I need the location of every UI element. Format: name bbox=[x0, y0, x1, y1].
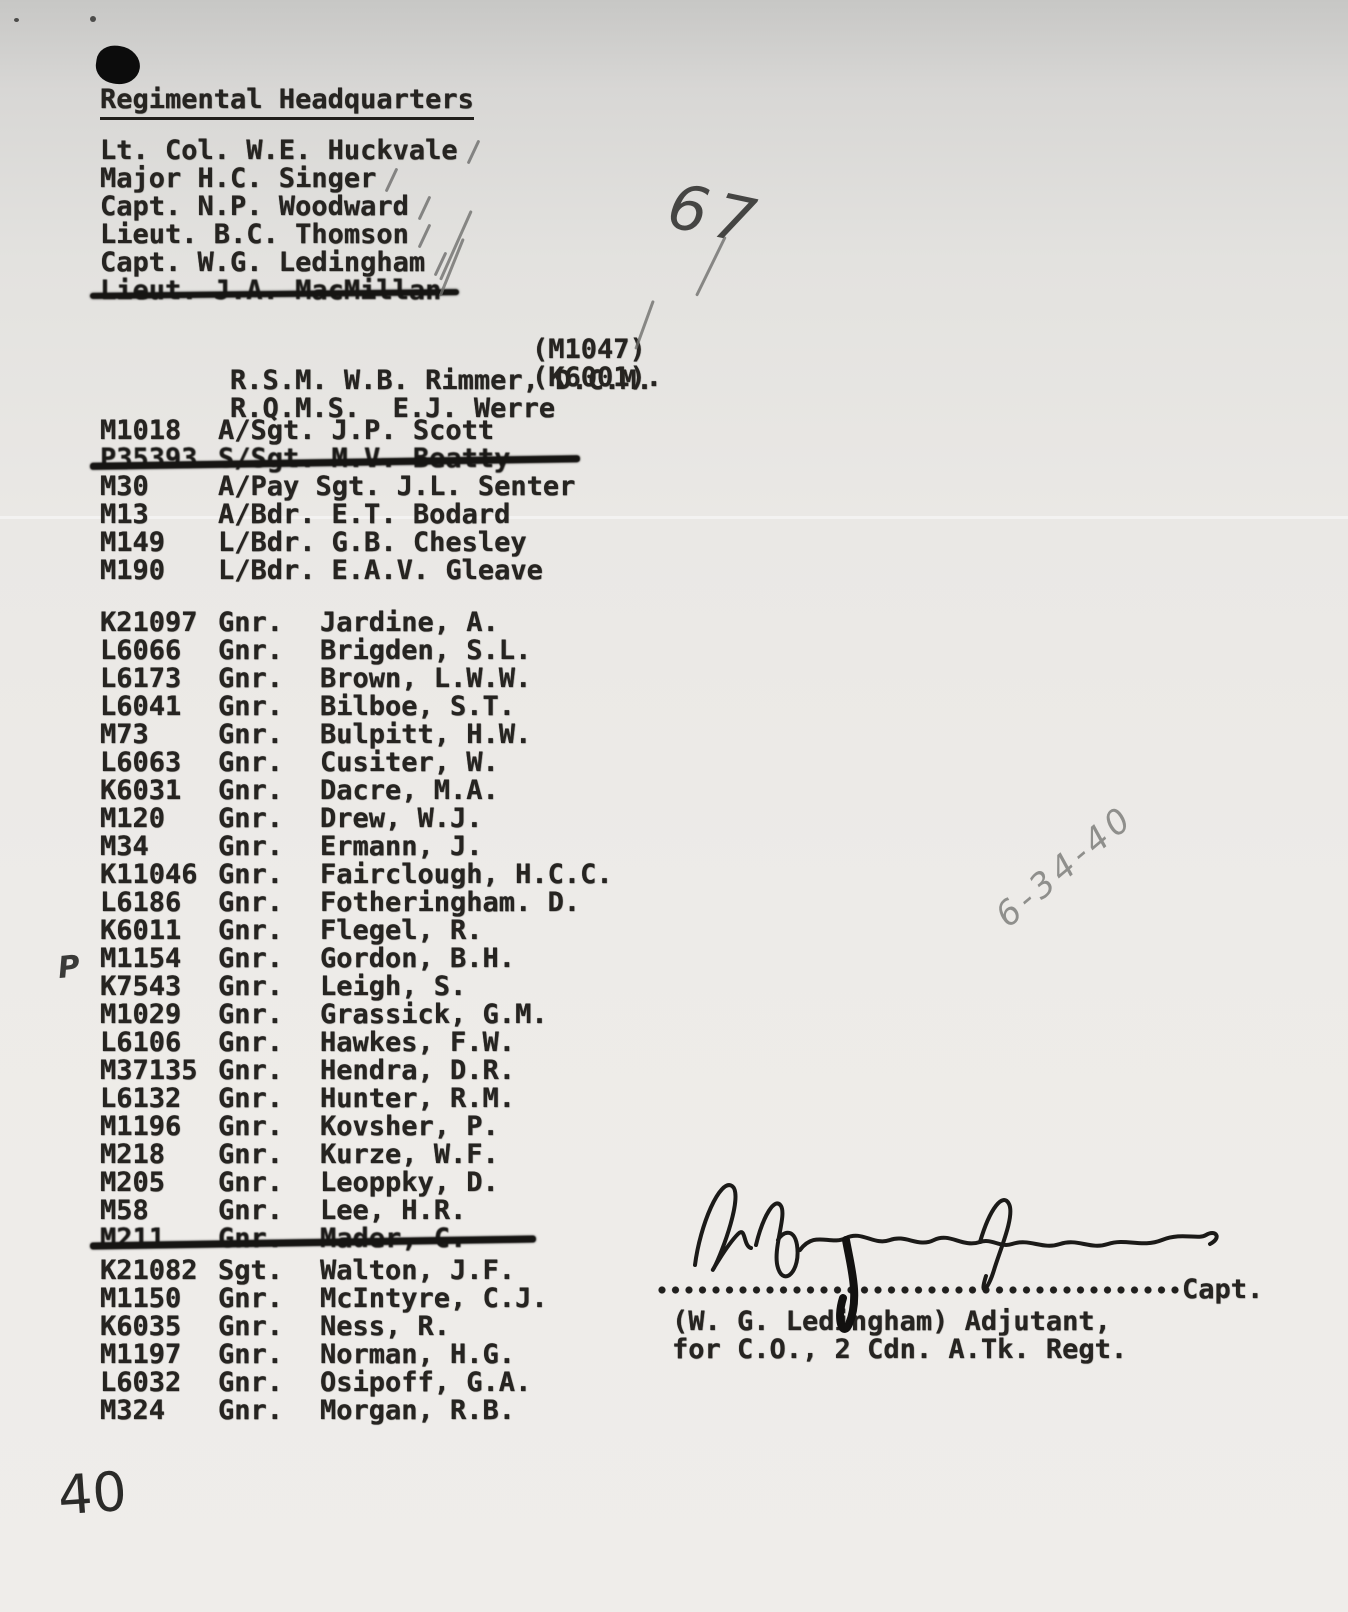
list-item: R.S.M. W.B. Rimmer, D.C.M. (M1047) bbox=[100, 334, 653, 362]
service-number: M205 bbox=[100, 1167, 218, 1198]
service-number: K21097 bbox=[100, 607, 218, 638]
table-row: K6035 Gnr. Ness, R. bbox=[100, 1312, 450, 1340]
soldier-name: G.B. Chesley bbox=[332, 527, 527, 558]
service-number: P35393 bbox=[100, 443, 218, 474]
soldier-name: Brown, L.W.W. bbox=[320, 663, 531, 694]
rank: Gnr. bbox=[218, 1195, 304, 1226]
soldier-name: Norman, H.G. bbox=[320, 1339, 515, 1370]
soldier-name: Drew, W.J. bbox=[320, 803, 483, 834]
service-number: M324 bbox=[100, 1395, 218, 1426]
table-row: L6041 Gnr. Bilboe, S.T. bbox=[100, 692, 515, 720]
rank: Gnr. bbox=[218, 971, 304, 1002]
service-number: M149 bbox=[100, 527, 218, 558]
rank: Gnr. bbox=[218, 887, 304, 918]
soldier-name: Walton, J.F. bbox=[320, 1255, 515, 1286]
service-number: M58 bbox=[100, 1195, 218, 1226]
soldier-name: McIntyre, C.J. bbox=[320, 1283, 548, 1314]
rank: Gnr. bbox=[218, 1167, 304, 1198]
rank: Gnr. bbox=[218, 831, 304, 862]
table-row: K21097 Gnr. Jardine, A. bbox=[100, 608, 499, 636]
table-row: L6063 Gnr. Cusiter, W. bbox=[100, 748, 499, 776]
table-row: L6032 Gnr. Osipoff, G.A. bbox=[100, 1368, 531, 1396]
service-number: M190 bbox=[100, 555, 218, 586]
service-number: K6011 bbox=[100, 915, 218, 946]
service-number: M1154 bbox=[100, 943, 218, 974]
soldier-name: J.P. Scott bbox=[332, 415, 495, 446]
service-number: M1196 bbox=[100, 1111, 218, 1142]
document-page: Regimental Headquarters Lt. Col. W.E. Hu… bbox=[0, 0, 1348, 1612]
rank: Gnr. bbox=[218, 691, 304, 722]
table-row: M205 Gnr. Leoppky, D. bbox=[100, 1168, 499, 1196]
soldier-name: Grassick, G.M. bbox=[320, 999, 548, 1030]
soldier-name: Hunter, R.M. bbox=[320, 1083, 515, 1114]
officer-name: Lieut. J.A. MacMillan bbox=[100, 275, 441, 306]
soldier-name: Dacre, M.A. bbox=[320, 775, 499, 806]
rank: A/Bdr. bbox=[218, 499, 316, 530]
soldier-name: Lee, H.R. bbox=[320, 1195, 466, 1226]
ink-blot bbox=[94, 43, 143, 87]
handwritten-note-diagonal: 6-34-40 bbox=[988, 797, 1142, 935]
service-number: M1150 bbox=[100, 1283, 218, 1314]
service-number: K7543 bbox=[100, 971, 218, 1002]
officer-name: Major H.C. Singer bbox=[100, 163, 376, 194]
rank: Gnr. bbox=[218, 803, 304, 834]
rank: Gnr. bbox=[218, 1139, 304, 1170]
soldier-name: E.A.V. Gleave bbox=[332, 555, 543, 586]
service-number: M1029 bbox=[100, 999, 218, 1030]
soldier-name: Ness, R. bbox=[320, 1311, 450, 1342]
table-row: M324 Gnr. Morgan, R.B. bbox=[100, 1396, 515, 1424]
rank: Gnr. bbox=[218, 747, 304, 778]
rank: A/Sgt. bbox=[218, 415, 316, 446]
table-row: M13 A/Bdr. E.T. Bodard bbox=[100, 500, 510, 528]
service-number: M13 bbox=[100, 499, 218, 530]
rank: Gnr. bbox=[218, 1311, 304, 1342]
service-number: M30 bbox=[100, 471, 218, 502]
rank: S/Sgt. bbox=[218, 443, 316, 474]
service-number: K21082 bbox=[100, 1255, 218, 1286]
speck bbox=[90, 16, 96, 22]
service-number: K11046 bbox=[100, 859, 218, 890]
signature bbox=[650, 1150, 1270, 1370]
checkmark-icon bbox=[418, 224, 432, 249]
soldier-name: Jardine, A. bbox=[320, 607, 499, 638]
rank: Gnr. bbox=[218, 719, 304, 750]
speck bbox=[14, 18, 19, 22]
list-item: Capt. W.G. Ledingham bbox=[100, 248, 442, 276]
list-item: Lt. Col. W.E. Huckvale bbox=[100, 136, 475, 164]
gunner-roster-a: K21097 Gnr. Jardine, A. L6066 Gnr. Brigd… bbox=[100, 608, 613, 1252]
service-number: L6186 bbox=[100, 887, 218, 918]
table-row: M1029 Gnr. Grassick, G.M. bbox=[100, 1000, 548, 1028]
table-row: K6011 Gnr. Flegel, R. bbox=[100, 916, 483, 944]
service-number: M37135 bbox=[100, 1055, 218, 1086]
soldier-name: M.V. Beatty bbox=[332, 443, 511, 474]
table-row: M30 A/Pay Sgt. J.L. Senter bbox=[100, 472, 575, 500]
rank: Gnr. bbox=[218, 1367, 304, 1398]
table-row: M37135 Gnr. Hendra, D.R. bbox=[100, 1056, 515, 1084]
table-row: M34 Gnr. Ermann, J. bbox=[100, 832, 483, 860]
rank: Gnr. bbox=[218, 635, 304, 666]
table-row: M149 L/Bdr. G.B. Chesley bbox=[100, 528, 527, 556]
soldier-name: Kovsher, P. bbox=[320, 1111, 499, 1142]
officer-name: Lt. Col. W.E. Huckvale bbox=[100, 135, 458, 166]
page-title: Regimental Headquarters bbox=[100, 84, 474, 120]
table-row: L6132 Gnr. Hunter, R.M. bbox=[100, 1084, 515, 1112]
rank: Gnr. bbox=[218, 1055, 304, 1086]
rank: Gnr. bbox=[218, 607, 304, 638]
rank: Gnr. bbox=[218, 663, 304, 694]
service-number: L6132 bbox=[100, 1083, 218, 1114]
rank: A/Pay Sgt. bbox=[218, 471, 381, 502]
rank: L/Bdr. bbox=[218, 555, 316, 586]
list-item: Capt. N.P. Woodward bbox=[100, 192, 426, 220]
table-row: M211 Gnr. Mader, C. bbox=[100, 1224, 466, 1252]
table-row: M73 Gnr. Bulpitt, H.W. bbox=[100, 720, 531, 748]
service-number: L6032 bbox=[100, 1367, 218, 1398]
checkmark-icon bbox=[385, 168, 399, 193]
soldier-name: Morgan, R.B. bbox=[320, 1395, 515, 1426]
table-row: M1018 A/Sgt. J.P. Scott bbox=[100, 416, 494, 444]
service-number: M120 bbox=[100, 803, 218, 834]
service-number: M1018 bbox=[100, 415, 218, 446]
soldier-name: Fotheringham. D. bbox=[320, 887, 580, 918]
service-number: M73 bbox=[100, 719, 218, 750]
table-row: M120 Gnr. Drew, W.J. bbox=[100, 804, 483, 832]
soldier-name: J.L. Senter bbox=[397, 471, 576, 502]
soldier-name: Flegel, R. bbox=[320, 915, 483, 946]
rank: Sgt. bbox=[218, 1255, 304, 1286]
officer-name: Lieut. B.C. Thomson bbox=[100, 219, 409, 250]
rank: Gnr. bbox=[218, 943, 304, 974]
soldier-name: Osipoff, G.A. bbox=[320, 1367, 531, 1398]
rank: Gnr. bbox=[218, 1223, 304, 1254]
rank: L/Bdr. bbox=[218, 527, 316, 558]
service-number: M1197 bbox=[100, 1339, 218, 1370]
soldier-name: E.T. Bodard bbox=[332, 499, 511, 530]
gunner-roster-b: K21082 Sgt. Walton, J.F. M1150 Gnr. McIn… bbox=[100, 1256, 548, 1424]
margin-note: P bbox=[56, 949, 82, 986]
list-item: Lieut. B.C. Thomson bbox=[100, 220, 426, 248]
officer-name: Capt. W.G. Ledingham bbox=[100, 247, 425, 278]
soldier-name: Brigden, S.L. bbox=[320, 635, 531, 666]
table-row: M58 Gnr. Lee, H.R. bbox=[100, 1196, 466, 1224]
list-item: Lieut. J.A. MacMillan bbox=[100, 276, 441, 304]
service-number: L6066 bbox=[100, 635, 218, 666]
soldier-name: Bulpitt, H.W. bbox=[320, 719, 531, 750]
checkmark-icon bbox=[466, 140, 480, 165]
rank: Gnr. bbox=[218, 1111, 304, 1142]
soldier-name: Ermann, J. bbox=[320, 831, 483, 862]
table-row: L6186 Gnr. Fotheringham. D. bbox=[100, 888, 580, 916]
table-row: M1197 Gnr. Norman, H.G. bbox=[100, 1340, 515, 1368]
soldier-name: Fairclough, H.C.C. bbox=[320, 859, 613, 890]
soldier-name: Hawkes, F.W. bbox=[320, 1027, 515, 1058]
rank: Gnr. bbox=[218, 1283, 304, 1314]
service-number: L6063 bbox=[100, 747, 218, 778]
table-row: K6031 Gnr. Dacre, M.A. bbox=[100, 776, 499, 804]
service-number: L6106 bbox=[100, 1027, 218, 1058]
rank: Gnr. bbox=[218, 915, 304, 946]
rank: Gnr. bbox=[218, 1339, 304, 1370]
table-row: M1154 Gnr. Gordon, B.H. bbox=[100, 944, 515, 972]
table-row: L6173 Gnr. Brown, L.W.W. bbox=[100, 664, 531, 692]
rank: Gnr. bbox=[218, 1395, 304, 1426]
table-row: K21082 Sgt. Walton, J.F. bbox=[100, 1256, 515, 1284]
service-number: M218 bbox=[100, 1139, 218, 1170]
service-number: L6173 bbox=[100, 663, 218, 694]
soldier-name: Leoppky, D. bbox=[320, 1167, 499, 1198]
list-item: Major H.C. Singer bbox=[100, 164, 393, 192]
table-row: K11046 Gnr. Fairclough, H.C.C. bbox=[100, 860, 613, 888]
service-number: M34 bbox=[100, 831, 218, 862]
service-number: (K6001). bbox=[532, 362, 662, 393]
rank: Gnr. bbox=[218, 999, 304, 1030]
warrant-officers-list: R.S.M. W.B. Rimmer, D.C.M. (M1047) R.Q.M… bbox=[100, 334, 653, 390]
service-number: K6031 bbox=[100, 775, 218, 806]
rank: Gnr. bbox=[218, 1083, 304, 1114]
table-row: K7543 Gnr. Leigh, S. bbox=[100, 972, 466, 1000]
officer-name: Capt. N.P. Woodward bbox=[100, 191, 409, 222]
table-row: M218 Gnr. Kurze, W.F. bbox=[100, 1140, 499, 1168]
rank: Gnr. bbox=[218, 775, 304, 806]
service-number: M211 bbox=[100, 1223, 218, 1254]
table-row: M1150 Gnr. McIntyre, C.J. bbox=[100, 1284, 548, 1312]
rank: Gnr. bbox=[218, 1027, 304, 1058]
officers-list: Lt. Col. W.E. Huckvale Major H.C. Singer… bbox=[100, 136, 475, 304]
table-row: P35393 S/Sgt. M.V. Beatty bbox=[100, 444, 510, 472]
service-number: (M1047) bbox=[532, 334, 646, 365]
soldier-name: Hendra, D.R. bbox=[320, 1055, 515, 1086]
service-number: K6035 bbox=[100, 1311, 218, 1342]
soldier-name: Bilboe, S.T. bbox=[320, 691, 515, 722]
nco-roster: M1018 A/Sgt. J.P. Scott P35393 S/Sgt. M.… bbox=[100, 416, 575, 584]
soldier-name: Gordon, B.H. bbox=[320, 943, 515, 974]
rank: Gnr. bbox=[218, 859, 304, 890]
service-number: L6041 bbox=[100, 691, 218, 722]
table-row: M1196 Gnr. Kovsher, P. bbox=[100, 1112, 499, 1140]
soldier-name: Leigh, S. bbox=[320, 971, 466, 1002]
table-row: L6066 Gnr. Brigden, S.L. bbox=[100, 636, 531, 664]
table-row: M190 L/Bdr. E.A.V. Gleave bbox=[100, 556, 543, 584]
soldier-name: Cusiter, W. bbox=[320, 747, 499, 778]
soldier-name: Mader, C. bbox=[320, 1223, 466, 1254]
list-item: R.Q.M.S. E.J. Werre (K6001). bbox=[100, 362, 555, 390]
soldier-name: Kurze, W.F. bbox=[320, 1139, 499, 1170]
handwritten-number-bottom: 40 bbox=[56, 1460, 129, 1528]
table-row: L6106 Gnr. Hawkes, F.W. bbox=[100, 1028, 515, 1056]
handwritten-number-top: 67 bbox=[661, 169, 769, 260]
checkmark-icon bbox=[418, 196, 432, 221]
